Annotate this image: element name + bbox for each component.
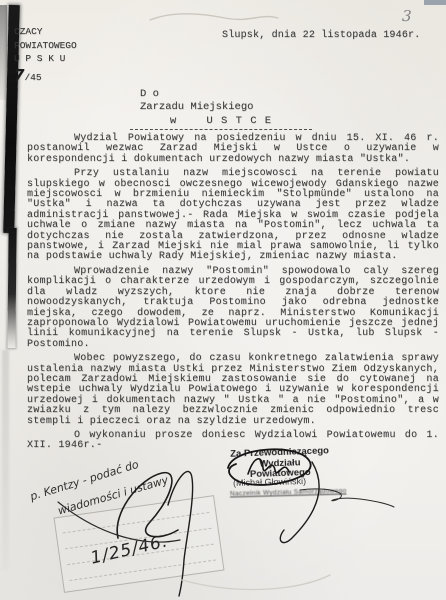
paragraph-4: Wobec powyzszego, do czasu konkretnego z… [27, 354, 439, 427]
reference-number: 7/45 [14, 66, 77, 85]
letter-body: Wydzial Powiatowy na posiedzeniu w dniu … [27, 134, 439, 456]
signer-title: Naczelnik Wydziału Samorządowego [230, 487, 347, 497]
signer-name: (Michał Głowiński) [233, 476, 306, 488]
reference-number-typed: /45 [24, 72, 41, 83]
pencil-arc-bottom [182, 575, 330, 589]
paragraph-2: Przy ustalaniu nazw miejscowosci na tere… [27, 169, 439, 263]
recipient-line3: w U S T C E [130, 115, 312, 130]
reference-number-handwritten: 7 [14, 66, 24, 84]
recipient-line1: D o [140, 88, 312, 101]
sender-stamp-line2: POWIATOWEGO [14, 39, 77, 53]
paragraph-3: Wprowadzenie nazwy "Postomin" spowodowal… [27, 267, 439, 350]
dateline: Slupsk, dnia 22 listopada 1946r. [222, 30, 420, 41]
fold-strip-bottom [7, 228, 16, 348]
fold-strip-fade [2, 350, 9, 570]
scanned-document-page: CZACY POWIATOWEGO U P S K U 7/45 Slupsk,… [0, 0, 446, 600]
recipient-block: D o Zarzadu Miejskiego w U S T C E [140, 88, 312, 130]
sender-stamp-line3: U P S K U [14, 52, 77, 66]
sender-stamp: CZACY POWIATOWEGO U P S K U 7/45 [14, 25, 77, 84]
page-number: 3 [402, 7, 412, 25]
sender-stamp-line1: CZACY [14, 25, 77, 39]
corner-scan-mark [424, 0, 446, 5]
recipient-line2: Zarzadu Miejskiego [140, 101, 312, 114]
paragraph-1: Wydzial Powiatowy na posiedzeniu w dniu … [27, 134, 439, 165]
pencil-smudge-top [150, 14, 278, 20]
